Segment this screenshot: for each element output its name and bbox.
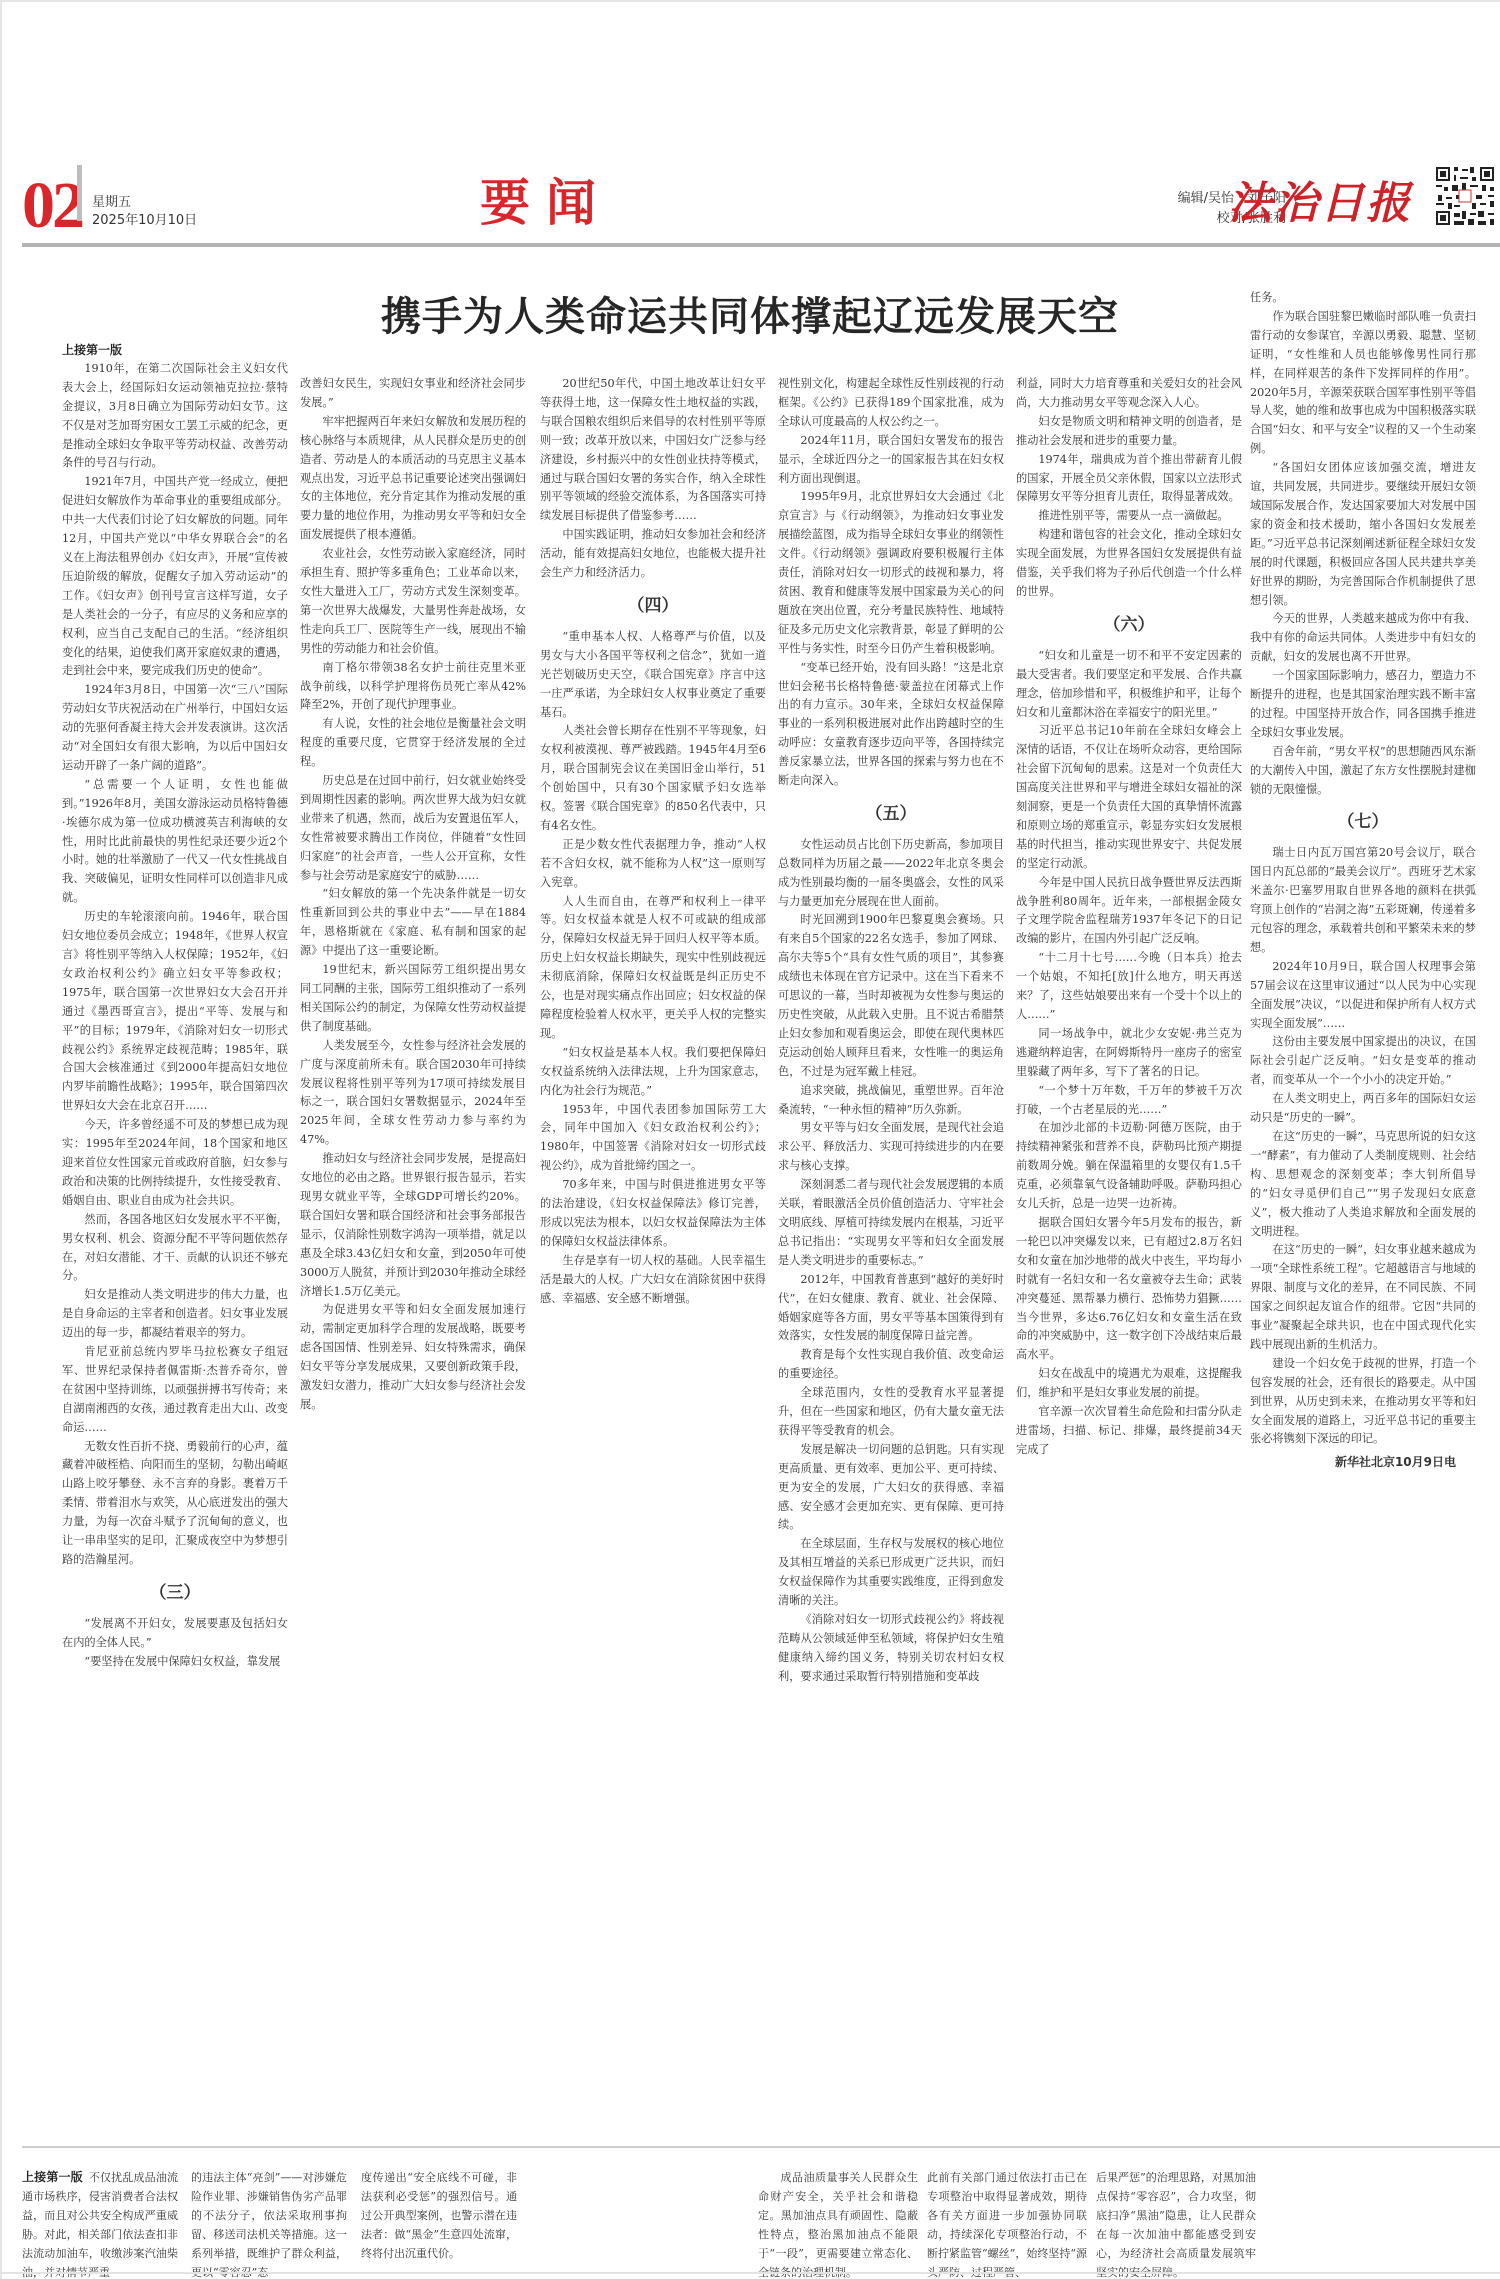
paragraph: 推动妇女与经济社会同步发展，是提高妇女地位的必由之路。世界银行报告显示，若实现男… <box>300 1150 526 1301</box>
paragraph: 度传递出“安全底线不可碰，非法获利必受惩”的强烈信号。通过公开典型案例，也警示潜… <box>361 2168 517 2263</box>
paragraph: 正是少数女性代表据理力争，推动“人权若不含妇女权，就不能称为人权”这一原则写入宪… <box>540 836 766 893</box>
paragraph: 今年是中国人民抗日战争暨世界反法西斯战争胜利80周年。近年来，一部根据金陵女子文… <box>1016 874 1242 950</box>
paragraph: 改善妇女民生，实现妇女事业和经济社会同步发展。” <box>300 375 526 413</box>
paragraph: 构建和谐包容的社会文化，推动全球妇女实现全面发展，为世界各国妇女发展提供有益借鉴… <box>1016 526 1242 602</box>
paragraph: 20世纪50年代，中国土地改革让妇女平等获得土地，这一保障女性土地权益的实践，与… <box>540 375 766 526</box>
bottom-column-5: 此前有关部门通过依法打击已在专项整治中取得显著成效，期待各有关方面进一步加强协同… <box>927 2168 1087 2279</box>
paragraph-text: 成品油质量事关人民群众生命财产安全，关乎社会和谐稳定。黑加油点具有顽固性、隐蔽性… <box>758 2171 918 2279</box>
paragraph: 有人说，女性的社会地位是衡量社会文明程度的重要尺度，它贯穿于经济发展的全过程。 <box>300 715 526 772</box>
paragraph: “发展离不开妇女，发展要惠及包括妇女在内的全体人民。” <box>62 1615 288 1653</box>
paragraph: 百舍年前，“男女平权”的思想随西风东渐的大潮传入中国，激起了东方女性摆脱封建枷锁… <box>1250 743 1476 800</box>
paragraph: 为促进男女平等和妇女全面发展加速行动，需制定更加科学合理的发展战略，既要考虑各国… <box>300 1301 526 1414</box>
newspaper-logo: 法治日报 <box>1228 167 1412 231</box>
paragraph: 视性别文化，构建起全球性反性别歧视的行动框架。《公约》已获得189个国家批准，成… <box>778 375 1004 432</box>
issue-date: 2025年10月10日 <box>92 209 197 228</box>
paragraph: 追求突破，挑战偏见，重塑世界。百年沧桑流转，“一种永恒的精神”历久弥新。 <box>778 1082 1004 1120</box>
paragraph: 官辛源一次次冒着生命危险和扫雷分队走进雷场，扫描、标记、排爆，最终提前34天完成… <box>1016 1403 1242 1460</box>
paragraph: 后果严惩”的治理思路，对黑加油点保持“零容忍”，合力攻坚，彻底扫净“黑油”隐患，… <box>1096 2168 1256 2279</box>
article-column-6: 任务。 作为联合国驻黎巴嫩临时部队唯一负责扫雷行动的女参谋官，辛源以勇毅、聪慧、… <box>1250 289 1476 1472</box>
paragraph: 生存是享有一切人权的基础。人民幸福生活是最大的人权。广大妇女在消除贫困中获得感、… <box>540 1252 766 1309</box>
section-heading-4: （四） <box>540 597 766 616</box>
continued-from-label: 上接第一版 <box>22 2170 83 2184</box>
section-heading-6: （六） <box>1016 616 1242 635</box>
paragraph: 的违法主体“亮剑”——对涉嫌危险作业罪、涉嫌销售伪劣产品罪的不法分子，依法采取刑… <box>191 2168 347 2279</box>
paragraph: 人类社会曾长期存在性别不平等现象，妇女权利被漠视、尊严被践踏。1945年4月至6… <box>540 722 766 835</box>
paragraph: 上接第一版不仅扰乱成品油流通市场秩序，侵害消费者合法权益，而且对公共安全构成严重… <box>22 2168 178 2279</box>
paragraph: 在加沙北部的卡迈勒·阿德万医院，由于持续精神紧张和营养不良，萨勒玛比预产期提前数… <box>1016 1119 1242 1214</box>
paragraph: 今天的世界，人类越来越成为你中有我、我中有你的命运共同体。人类进步中有妇女的贡献… <box>1250 610 1476 667</box>
paragraph: 任务。 <box>1250 289 1476 308</box>
paragraph: 历史总是在过回中前行，妇女就业始终受到周期性因素的影响。两次世界大战为妇女就业带… <box>300 772 526 885</box>
paragraph: “妇女解放的第一个先决条件就是一切女性重新回到公共的事业中去”——早在1884年… <box>300 885 526 961</box>
paragraph: 《消除对妇女一切形式歧视公约》将歧视范畴从公领域延伸至私领域，将保护妇女生殖健康… <box>778 1611 1004 1687</box>
paragraph: 1921年7月，中国共产党一经成立，便把促进妇女解放作为革命事业的重要组成部分。… <box>62 473 288 681</box>
paragraph: 牢牢把握两百年来妇女解放和发展历程的核心脉络与本质规律，从人民群众是历史的创造者… <box>300 413 526 545</box>
paragraph: 人人生而自由，在尊严和权利上一律平等。妇女权益本就是人权不可或缺的组成部分，保障… <box>540 893 766 1044</box>
paragraph: 中国实践证明，推动妇女参加社会和经济活动，能有效提高妇女地位，也能极大提升社会生… <box>540 526 766 583</box>
qr-code-icon[interactable] <box>1434 165 1496 227</box>
bottom-column-1: 上接第一版不仅扰乱成品油流通市场秩序，侵害消费者合法权益，而且对公共安全构成严重… <box>22 2168 178 2279</box>
paragraph: “妇女和儿童是一切不和平不安定因素的最大受害者。我们要坚定和平发展、合作共赢理念… <box>1016 647 1242 723</box>
paragraph: 利益，同时大力培育尊重和关爱妇女的社会风尚，大力推动男女平等观念深入人心。 <box>1016 375 1242 413</box>
paragraph: “各国妇女团体应该加强交流，增进友谊，共同发展，共同进步。要继续开展妇女领域国际… <box>1250 459 1476 610</box>
bottom-column-6: 后果严惩”的治理思路，对黑加油点保持“零容忍”，合力攻坚，彻底扫净“黑油”隐患，… <box>1096 2168 1256 2279</box>
paragraph: 此前有关部门通过依法打击已在专项整治中取得显著成效，期待各有关方面进一步加强协同… <box>927 2168 1087 2279</box>
paragraph: 作为联合国驻黎巴嫩临时部队唯一负责扫雷行动的女参谋官，辛源以勇毅、聪慧、坚韧证明… <box>1250 308 1476 459</box>
paragraph: 然而，各国各地区妇女发展水平不平衡，男女权利、机会、资源分配不平等问题依然存在，… <box>62 1211 288 1287</box>
continued-from-label: 上接第一版 <box>62 341 288 360</box>
paragraph: 妇女是推动人类文明进步的伟大力量，也是自身命运的主宰者和创造者。妇女事业发展迈出… <box>62 1286 288 1343</box>
paragraph: 70多年来，中国与时俱进推进男女平等的法治建设，《妇女权益保障法》修订完善，形成… <box>540 1176 766 1252</box>
paragraph: 农业社会，女性劳动嵌入家庭经济，同时承担生育、照护等多重角色；工业革命以来，女性… <box>300 545 526 658</box>
paragraph: 19世纪末，新兴国际劳工组织提出男女同工同酬的主张，国际劳工组织推动了一系列相关… <box>300 961 526 1037</box>
paragraph: 1974年，瑞典成为首个推出带薪育儿假的国家，开展全员父亲休假，国家以立法形式保… <box>1016 451 1242 508</box>
paragraph: 全球范围内，女性的受教育水平显著提升，但在一些国家和地区，仍有大量女童无法获得平… <box>778 1384 1004 1441</box>
section-heading-7: （七） <box>1250 813 1476 832</box>
bottom-column-3: 度传递出“安全底线不可碰，非法获利必受惩”的强烈信号。通过公开典型案例，也警示潜… <box>361 2168 517 2263</box>
paragraph: “十二月十七号……今晚（日本兵）抢去一个姑娘，不知托[放]什么地方，明天再送来？… <box>1016 949 1242 1025</box>
paragraph: 一个国家国际影响力，感召力，塑造力不断提升的进程，也是其国家治理实践不断丰富的过… <box>1250 667 1476 743</box>
section-heading-5: （五） <box>778 805 1004 824</box>
paragraph: 南丁格尔带领38名女护士前往克里米亚战争前线，以科学护理将伤员死亡率从42%降至… <box>300 659 526 716</box>
paragraph: 在这“历史的一瞬”，马克思所说的妇女这一“酵素”，有力催动了人类制度规则、社会结… <box>1250 1128 1476 1241</box>
article-column-1: 上接第一版 1910年，在第二次国际社会主义妇女代表大会上，经国际妇女运动领袖克… <box>62 341 288 2141</box>
section-title: 要闻 <box>480 163 612 235</box>
paragraph: 1953年，中国代表团参加国际劳工大会，同年中国加入《妇女政治权利公约》；198… <box>540 1101 766 1177</box>
paragraph: “一个梦十万年数，千万年的梦被千万次打破，一个古老星辰的光……” <box>1016 1082 1242 1120</box>
weekday: 星期五 <box>92 191 131 210</box>
paragraph: “重申基本人权、人格尊严与价值，以及男女与大小各国平等权利之信念”，犹如一道光芒… <box>540 628 766 723</box>
paragraph: 肯尼亚前总统内罗毕马拉松赛女子组冠军、世界纪录保持者佩雷斯·杰普乔奇尔，曾在贫困… <box>62 1343 288 1438</box>
paragraph: 建设一个妇女免于歧视的世界，打造一个包容发展的社会，还有很长的路要走。从中国到世… <box>1250 1355 1476 1450</box>
paragraph: 1995年9月，北京世界妇女大会通过《北京宣言》与《行动纲领》，为推动妇女事业发… <box>778 488 1004 658</box>
paragraph: 男女平等与妇女全面发展，是现代社会追求公平、释放活力、实现可持续进步的内在要求与… <box>778 1119 1004 1176</box>
paragraph: 时光回溯到1900年巴黎夏奥会赛场。只有来自5个国家的22名女选手，参加了网球、… <box>778 911 1004 1081</box>
paragraph: 瑞士日内瓦万国宫第20号会议厅，联合国日内瓦总部的“最美会议厅”。西班牙艺术家米… <box>1250 844 1476 957</box>
paragraph: 2024年11月，联合国妇女署发布的报告显示，全球近四分之一的国家报告其在妇女权… <box>778 432 1004 489</box>
article-column-3: 20世纪50年代，中国土地改革让妇女平等获得土地，这一保障女性土地权益的实践，与… <box>540 375 766 1309</box>
paragraph: “总需要一个人证明，女性也能做到。”1926年8月，美国女游泳运动员格特鲁德·埃… <box>62 776 288 908</box>
paragraph: 成品油质量事关人民群众生命财产安全，关乎社会和谐稳定。黑加油点具有顽固性、隐蔽性… <box>758 2168 918 2279</box>
page-number: 02 <box>22 173 82 239</box>
paragraph: 1924年3月8日，中国第一次“三八”国际劳动妇女节庆祝活动在广州举行，中国妇女… <box>62 681 288 776</box>
paragraph: 在这“历史的一瞬”，妇女事业越来越成为一项“全球性系统工程”。它超越语言与地域的… <box>1250 1241 1476 1354</box>
paragraph: 在全球层面，生存权与发展权的核心地位及其相互增益的关系已形成更广泛共识，而妇女权… <box>778 1535 1004 1611</box>
paragraph: 教育是每个女性实现自我价值、改变命运的重要途径。 <box>778 1346 1004 1384</box>
paragraph: 今天，许多曾经遥不可及的梦想已成为现实：1995年至2024年间，18个国家和地… <box>62 1116 288 1211</box>
page-bottom-edge <box>0 2272 1500 2274</box>
bottom-column-2: 的违法主体“亮剑”——对涉嫌危险作业罪、涉嫌销售伪劣产品罪的不法分子，依法采取刑… <box>191 2168 347 2279</box>
paragraph: “要坚持在发展中保障妇女权益，靠发展 <box>62 1653 288 1672</box>
paragraph: 发展是解决一切问题的总钥匙。只有实现更高质量、更有效率、更加公平、更可持续、更为… <box>778 1441 1004 1536</box>
paragraph: 同一场战争中，就北少女安妮·弗兰克为逃避纳粹迫害，在阿姆斯特丹一座房子的密室里躲… <box>1016 1025 1242 1082</box>
paragraph: 历史的车轮滚滚向前。1946年，联合国妇女地位委员会成立；1948年，《世界人权… <box>62 908 288 1116</box>
page-header: 02 星期五 2025年10月10日 要闻 编辑/吴怡 刘子阳 校对/张胜利 法… <box>22 165 1500 247</box>
paragraph: “妇女权益是基本人权。我们要把保障妇女权益系统纳入法律法规，上升为国家意志，内化… <box>540 1044 766 1101</box>
article-column-2: 改善妇女民生，实现妇女事业和经济社会同步发展。” 牢牢把握两百年来妇女解放和发展… <box>300 375 526 1415</box>
article-column-5: 利益，同时大力培育尊重和关爱妇女的社会风尚，大力推动男女平等观念深入人心。 妇女… <box>1016 375 1242 1460</box>
paragraph: 妇女是物质文明和精神文明的创造者，是推动社会发展和进步的重要力量。 <box>1016 413 1242 451</box>
paragraph: 在人类文明史上，两百多年的国际妇女运动只是“历史的一瞬”。 <box>1250 1090 1476 1128</box>
paragraph: 推进性别平等，需要从一点一滴做起。 <box>1016 507 1242 526</box>
paragraph: 深刻洞悉二者与现代社会发展逻辑的本质关联，着眼激活全员价值创造活力、守牢社会文明… <box>778 1176 1004 1271</box>
paragraph: 据联合国妇女署今年5月发布的报告，新一轮巴以冲突爆发以来，已有超过2.8万名妇女… <box>1016 1214 1242 1365</box>
news-dateline: 新华社北京10月9日电 <box>1250 1453 1476 1472</box>
section-heading-3: （三） <box>62 1584 288 1603</box>
bottom-column-4: 成品油质量事关人民群众生命财产安全，关乎社会和谐稳定。黑加油点具有顽固性、隐蔽性… <box>758 2168 918 2279</box>
paragraph: 妇女在战乱中的境遇尤为艰难，这提醒我们，维护和平是妇女事业发展的前提。 <box>1016 1365 1242 1403</box>
bottom-section-rule <box>22 2146 1500 2148</box>
page-number-divider <box>77 165 82 221</box>
paragraph: 2024年10月9日，联合国人权理事会第57届会议在这里审议通过“以人民为中心实… <box>1250 958 1476 1034</box>
paragraph: 1910年，在第二次国际社会主义妇女代表大会上，经国际妇女运动领袖克拉拉·蔡特金… <box>62 360 288 473</box>
header-rule <box>22 243 1500 247</box>
paragraph: “变革已经开始，没有回头路！”这是北京世妇会秘书长格特鲁德·蒙盖拉在闭幕式上作出… <box>778 659 1004 791</box>
paragraph: 习近平总书记10年前在全球妇女峰会上深情的话语，不仅让在场听众动容，更给国际社会… <box>1016 722 1242 873</box>
paragraph-text: 不仅扰乱成品油流通市场秩序，侵害消费者合法权益，而且对公共安全构成严重威胁。对此… <box>22 2171 178 2279</box>
article-column-4: 视性别文化，构建起全球性反性别歧视的行动框架。《公约》已获得189个国家批准，成… <box>778 375 1004 1687</box>
paragraph: 2012年，中国教育普惠到“越好的美好时代”，在妇女健康、教育、就业、社会保障、… <box>778 1271 1004 1347</box>
paragraph: 这份由主要发展中国家提出的决议，在国际社会引起广泛反响。“妇女是变革的推动者，而… <box>1250 1033 1476 1090</box>
paragraph: 无数女性百折不挠、勇毅前行的心声，蕴藏着冲破桎梏、向阳而生的坚韧，勾勒出崎岖山路… <box>62 1438 288 1570</box>
paragraph: 人类发展至今，女性参与经济社会发展的广度与深度前所未有。联合国2030年可持续发… <box>300 1037 526 1150</box>
paragraph: 女性运动员占比创下历史新高，参加项目总数同样为历届之最——2022年北京冬奥会成… <box>778 836 1004 912</box>
